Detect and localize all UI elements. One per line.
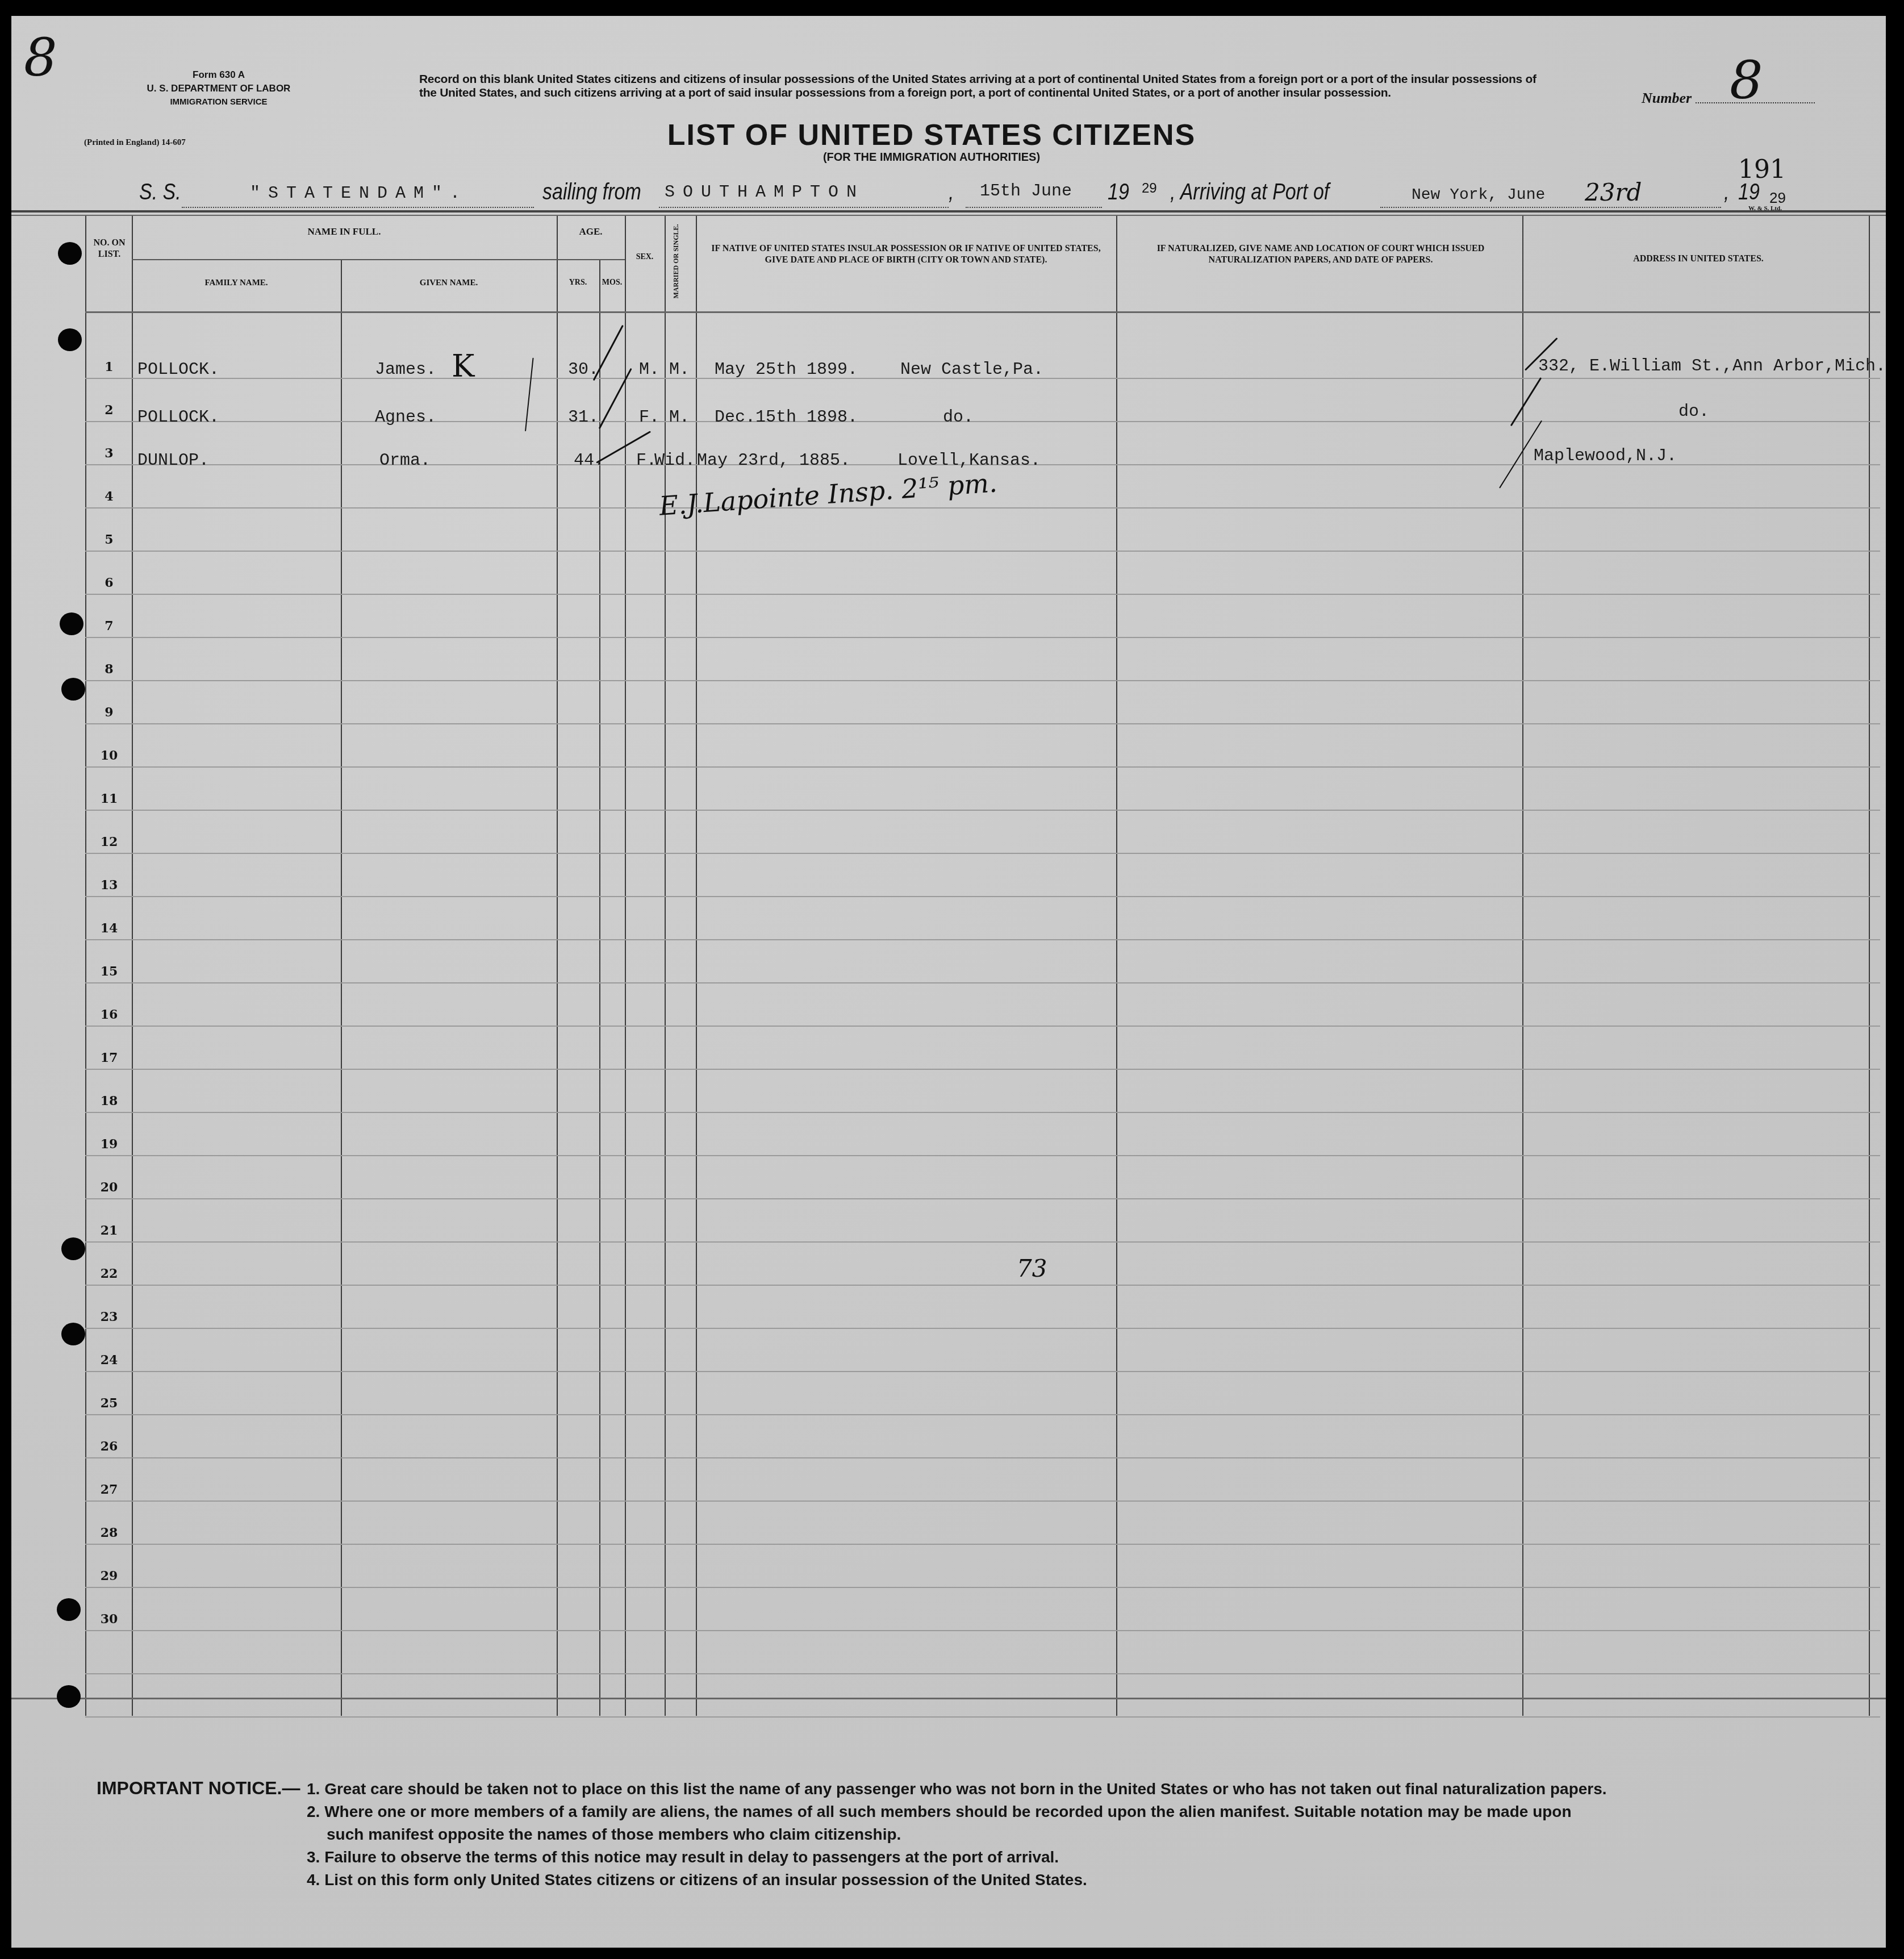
row-number: 9	[86, 705, 132, 720]
row-rule	[85, 1198, 1880, 1199]
binder-hole	[57, 1598, 81, 1621]
year-prefix-from: 19	[1108, 180, 1129, 205]
row-number: 21	[86, 1223, 132, 1238]
row-rule	[85, 723, 1880, 724]
row-number: 23	[86, 1310, 132, 1324]
row-number: 24	[86, 1353, 132, 1368]
row-number: 25	[86, 1396, 132, 1411]
binder-hole	[61, 1323, 85, 1345]
inspector-signature: E.J.Lapointe Insp. 2¹⁵ pm.	[658, 467, 998, 521]
row-number: 7	[86, 619, 132, 633]
given-name: James.	[375, 360, 436, 380]
sailing-label: sailing from	[542, 180, 641, 205]
col-line	[1869, 216, 1870, 1716]
col-line	[625, 216, 626, 1716]
arriving-label: , Arriving at Port of	[1170, 180, 1329, 205]
row-number: 15	[86, 964, 132, 979]
col-yrs: Yrs.	[557, 277, 599, 289]
row-number: 2	[86, 403, 132, 418]
row-rule	[85, 594, 1880, 595]
check-mark	[593, 325, 624, 381]
row-rule	[85, 680, 1880, 681]
row-rule	[85, 1026, 1880, 1027]
row-number: 20	[86, 1180, 132, 1195]
row-rule	[85, 853, 1880, 854]
row-number: 29	[86, 1569, 132, 1583]
comma: ,	[1724, 180, 1729, 205]
year-to: 29	[1769, 189, 1786, 207]
year-prefix-to: 19	[1738, 180, 1760, 205]
birth-place: New Castle,Pa.	[900, 360, 1043, 380]
given-mark: K	[452, 348, 474, 384]
page-subtitle: (FOR THE IMMIGRATION AUTHORITIES)	[579, 151, 1284, 164]
age-subrule	[557, 259, 625, 260]
ship-name: "STATENDAM".	[250, 184, 468, 203]
notice-item-1: 1. Great care should be taken not to pla…	[307, 1778, 1607, 1800]
col-birth: If native of United States insular posse…	[702, 243, 1110, 266]
binder-hole	[57, 1685, 81, 1708]
col-no: No. on List.	[88, 237, 131, 260]
row-number: 4	[86, 489, 132, 504]
col-line	[1116, 216, 1117, 1716]
row-rule	[85, 1414, 1880, 1415]
port-to: New York, June	[1412, 186, 1545, 204]
header-rule-2	[11, 215, 1886, 216]
family-name: DUNLOP.	[137, 451, 209, 470]
row-rule	[85, 1069, 1880, 1070]
birth-date: May 23rd, 1885.	[697, 451, 850, 470]
stamp-number: 73	[1017, 1254, 1047, 1282]
row-number: 6	[86, 576, 132, 590]
ship-line	[182, 207, 534, 208]
port-from-line	[659, 207, 949, 208]
department: U. S. DEPARTMENT OF LABOR	[125, 82, 312, 95]
manifest-page: 8 Form 630 A U. S. DEPARTMENT OF LABOR I…	[11, 16, 1886, 1948]
row-rule	[85, 1587, 1880, 1588]
row-rule	[85, 421, 1880, 422]
row-rule	[85, 1457, 1880, 1458]
col-given-name: Given Name.	[341, 277, 557, 289]
row-rule	[85, 1673, 1880, 1674]
married: M.	[669, 360, 690, 380]
birth-date: May 25th 1899.	[715, 360, 858, 380]
row-rule	[85, 982, 1880, 983]
row-rule	[85, 637, 1880, 638]
address: Maplewood,N.J.	[1534, 447, 1677, 466]
comma: ,	[949, 180, 954, 205]
form-number: Form 630 A	[125, 68, 312, 82]
row-number: 27	[86, 1482, 132, 1497]
port-to-line	[1380, 207, 1721, 208]
row-rule	[85, 1371, 1880, 1372]
row-rule	[85, 896, 1880, 897]
family-name: POLLOCK.	[137, 408, 219, 427]
row-rule	[85, 1500, 1880, 1502]
col-line	[132, 216, 133, 1716]
row-number: 12	[86, 835, 132, 849]
corner-number: 8	[24, 27, 57, 88]
sex: F.	[639, 408, 659, 427]
row-rule	[85, 1630, 1880, 1631]
binder-hole	[58, 328, 82, 351]
sex: F.	[636, 451, 657, 470]
row-number: 11	[86, 791, 132, 806]
col-age: Age.	[557, 226, 625, 237]
married: Wid.	[654, 451, 695, 470]
col-line	[557, 216, 558, 1716]
binder-hole	[61, 678, 85, 701]
notice-item-2-cont: such manifest opposite the names of thos…	[327, 1824, 901, 1845]
number-label: Number	[1642, 90, 1692, 107]
row-rule	[85, 766, 1880, 768]
binder-hole	[61, 1237, 85, 1260]
binder-hole	[58, 242, 82, 265]
given-name: Agnes.	[375, 408, 436, 427]
address: 332, E.William St.,Ann Arbor,Mich.	[1538, 357, 1886, 376]
row-number: 18	[86, 1094, 132, 1108]
day-to: 23rd	[1585, 178, 1642, 206]
col-sex: Sex.	[625, 252, 665, 263]
col-mos: Mos.	[599, 277, 625, 289]
address: do.	[1678, 402, 1709, 422]
number-value: 8	[1730, 50, 1763, 111]
row-rule	[85, 1328, 1880, 1329]
row-number: 19	[86, 1137, 132, 1152]
form-identity: Form 630 A U. S. DEPARTMENT OF LABOR IMM…	[125, 68, 312, 109]
notice-item-2: 2. Where one or more members of a family…	[307, 1801, 1572, 1823]
given-name: Orma.	[379, 451, 431, 470]
birth-place: Lovell,Kansas.	[897, 451, 1041, 470]
row-number: 26	[86, 1439, 132, 1454]
printed-note: (Printed in England) 14-607	[84, 138, 186, 148]
row-rule	[85, 507, 1880, 508]
row-number: 22	[86, 1266, 132, 1281]
ss-label: S. S.	[139, 180, 181, 205]
row-rule	[85, 1155, 1880, 1156]
row-number: 8	[86, 662, 132, 677]
record-instruction: Record on this blank United States citiz…	[419, 73, 1541, 100]
date-from-line	[966, 207, 1102, 208]
row-rule	[85, 810, 1880, 811]
row-number: 10	[86, 748, 132, 763]
row-rule	[85, 939, 1880, 940]
notice-label: IMPORTANT NOTICE.—	[97, 1777, 300, 1799]
check-mark	[1510, 377, 1542, 426]
row-rule	[85, 1544, 1880, 1545]
row-number: 3	[86, 446, 132, 461]
year-from: 29	[1142, 181, 1157, 197]
binder-hole	[60, 612, 83, 635]
check-mark	[599, 368, 632, 429]
row-number: 30	[86, 1612, 132, 1627]
table-bottom-rule	[11, 1698, 1886, 1699]
page-title: LIST OF UNITED STATES CITIZENS	[579, 118, 1284, 152]
row-number: 28	[86, 1525, 132, 1540]
col-line	[665, 216, 666, 1716]
header-rule	[11, 210, 1886, 212]
row-rule	[85, 1716, 1880, 1718]
col-name-in-full: Name in Full.	[132, 226, 557, 237]
row-rule	[85, 1285, 1880, 1286]
row-number: 13	[86, 878, 132, 893]
row-number: 1	[86, 360, 132, 374]
col-naturalized: If naturalized, give name and location o…	[1128, 243, 1514, 266]
row-number: 14	[86, 921, 132, 936]
row-rule	[85, 1241, 1880, 1243]
col-line	[341, 260, 342, 1716]
bracket-mark	[525, 358, 534, 431]
row-rule	[85, 551, 1880, 552]
service: IMMIGRATION SERVICE	[125, 95, 312, 109]
row-number: 17	[86, 1051, 132, 1065]
col-family-name: Family Name.	[132, 277, 341, 289]
notice-item-4: 4. List on this form only United States …	[307, 1869, 1087, 1891]
notice-item-3: 3. Failure to observe the terms of this …	[307, 1847, 1059, 1868]
family-name: POLLOCK.	[137, 360, 219, 380]
birth-place: do.	[943, 408, 974, 427]
col-married: Married or Single.	[672, 216, 680, 307]
row-number: 5	[86, 532, 132, 547]
header-bottom-rule	[85, 311, 1880, 313]
birth-date: Dec.15th 1898.	[715, 408, 858, 427]
port-from: SOUTHAMPTON	[665, 183, 865, 202]
sex: M.	[639, 360, 659, 380]
row-number: 16	[86, 1007, 132, 1022]
age: 31.	[568, 408, 599, 427]
col-address: Address in United States.	[1534, 253, 1863, 265]
row-rule	[85, 1112, 1880, 1113]
name-subrule	[132, 259, 557, 260]
col-line	[696, 216, 697, 1716]
married: M.	[669, 408, 690, 427]
date-from: 15th June	[980, 182, 1072, 201]
col-line	[599, 260, 600, 1716]
col-line	[1522, 216, 1523, 1716]
